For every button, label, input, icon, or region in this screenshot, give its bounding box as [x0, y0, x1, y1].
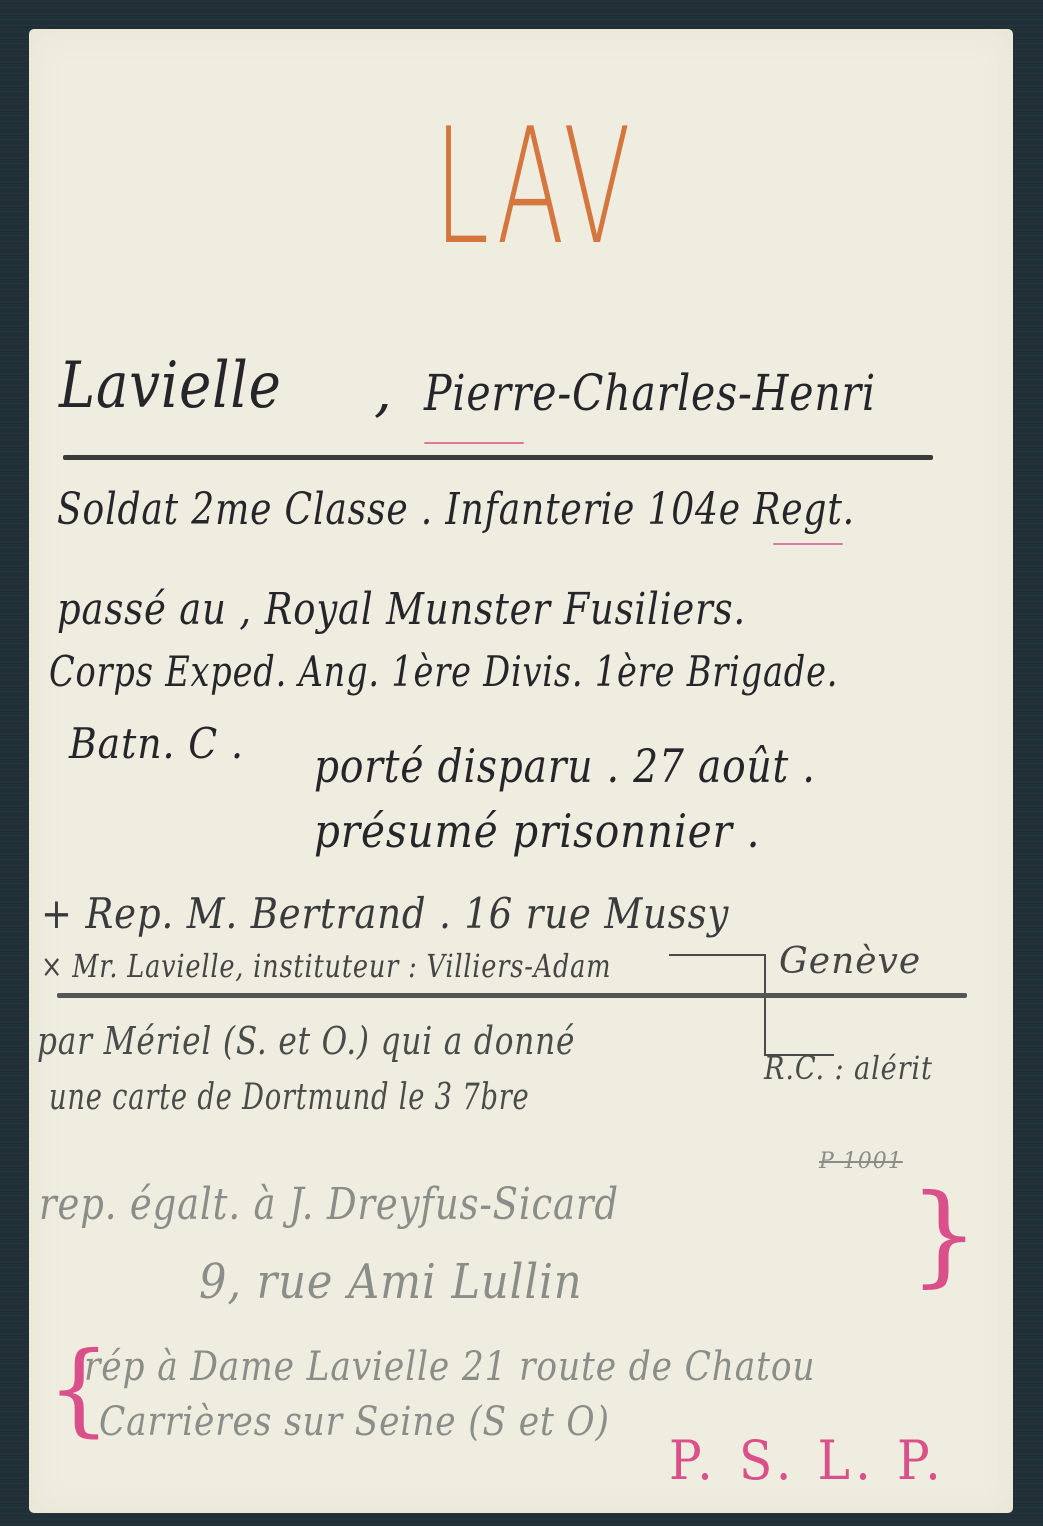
service-line-4-left: Batn. C .: [69, 719, 244, 768]
given-names: Pierre-Charles-Henri: [424, 364, 876, 422]
service-line-5: présumé prisonnier .: [314, 804, 760, 858]
service-line-1: Soldat 2me Classe . Infanterie 104e Regt…: [57, 484, 855, 535]
pencil-line-1: rep. égalt. à J. Dreyfus-Sicard: [39, 1179, 619, 1230]
service-line-3: Corps Exped. Ang. 1ère Divis. 1ère Briga…: [49, 647, 838, 696]
pencil-line-2: 9, rue Ami Lullin: [199, 1254, 583, 1310]
request-line-2: × Mr. Lavielle, instituteur : Villiers-A…: [41, 947, 611, 985]
note-line-2: une carte de Dortmund le 3 7bre: [49, 1077, 530, 1118]
surname: Lavielle: [59, 349, 282, 423]
name-separator: ,: [374, 359, 393, 424]
regiment-underline: [773, 543, 843, 545]
bracket-box: [669, 954, 766, 956]
note-line-1: par Mériel (S. et O.) qui a donné: [37, 1019, 575, 1063]
service-line-4-right: porté disparu . 27 août .: [314, 739, 816, 793]
pink-brace-right: }: [909, 1179, 980, 1289]
initials-stamp: P. S. L. P.: [669, 1429, 946, 1492]
index-card: LAV Lavielle , Pierre-Charles-Henri Sold…: [29, 29, 1013, 1513]
reply-line-2: Carrières sur Seine (S et O): [99, 1399, 610, 1445]
name-divider: [63, 455, 933, 460]
note-line-1-right: R.C. : alérit: [764, 1049, 933, 1087]
card-heading: LAV: [434, 107, 636, 267]
given-name-underline: [424, 442, 524, 444]
request-line-2-right: Genève: [779, 941, 921, 982]
struck-reference: P 1001: [819, 1149, 903, 1174]
request-divider: [57, 993, 967, 998]
reply-line-1: rép à Dame Lavielle 21 route de Chatou: [84, 1344, 815, 1390]
request-line-1: + Rep. M. Bertrand . 16 rue Mussy: [41, 889, 729, 938]
service-line-2: passé au , Royal Munster Fusiliers.: [57, 584, 746, 635]
bracket-box-vertical: [764, 954, 766, 1054]
